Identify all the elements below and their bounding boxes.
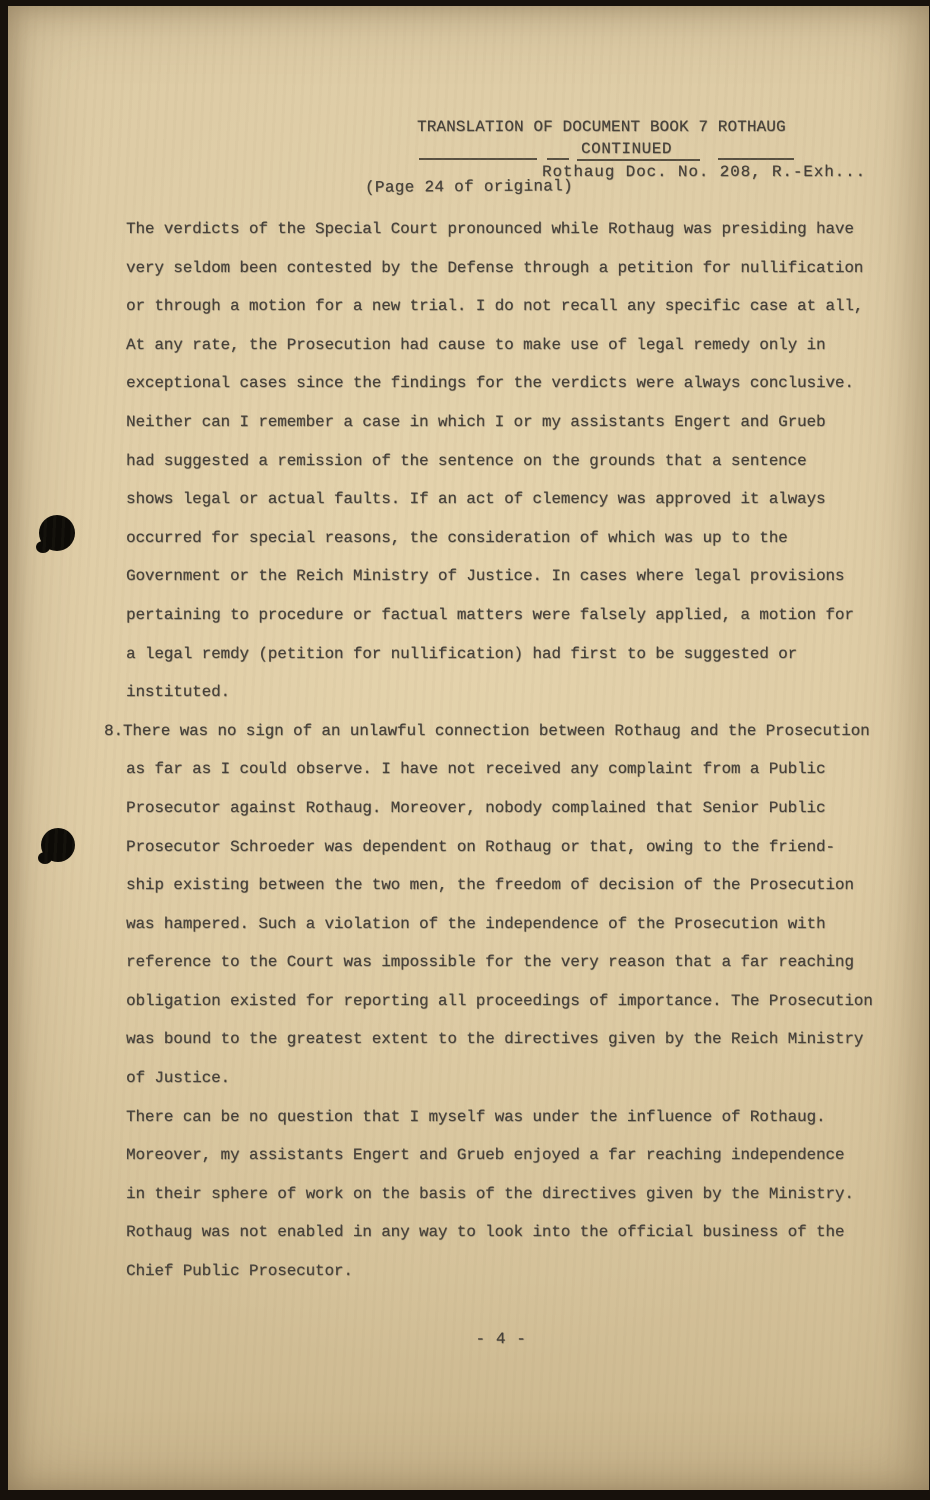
punch-hole-bottom (41, 828, 75, 862)
paragraph-8: 8.There was no sign of an unlawful conne… (126, 722, 916, 1108)
punch-hole-top (39, 515, 75, 551)
text-line: pertaining to procedure or factual matte… (126, 606, 916, 645)
text-line: Government or the Reich Ministry of Just… (126, 567, 916, 606)
page-number: - 4 - (126, 1330, 876, 1348)
text-line: Neither can I remember a case in which I… (126, 413, 916, 452)
text-line: Rothaug was not enabled in any way to lo… (126, 1223, 916, 1262)
paragraph: The verdicts of the Special Court pronou… (126, 220, 916, 722)
text-line: reference to the Court was impossible fo… (126, 953, 916, 992)
title-underline-rule: CONTINUED (419, 139, 794, 161)
underline-segment (718, 158, 794, 160)
text-line: Prosecutor Schroeder was dependent on Ro… (126, 838, 916, 877)
text-line: The verdicts of the Special Court pronou… (126, 220, 916, 259)
text-line: At any rate, the Prosecution had cause t… (126, 336, 916, 375)
text-line: ship existing between the two men, the f… (126, 876, 916, 915)
text-line: very seldom been contested by the Defens… (126, 259, 916, 298)
original-page-reference: (Page 24 of original) (365, 177, 573, 196)
underline-segment (547, 158, 569, 160)
text-line: shows legal or actual faults. If an act … (126, 490, 916, 529)
paper-sheet: TRANSLATION OF DOCUMENT BOOK 7 ROTHAUG C… (8, 6, 929, 1490)
document-title: TRANSLATION OF DOCUMENT BOOK 7 ROTHAUG (417, 118, 786, 136)
document-body: The verdicts of the Special Court pronou… (126, 220, 916, 1301)
document-scan: TRANSLATION OF DOCUMENT BOOK 7 ROTHAUG C… (0, 0, 930, 1500)
text-line: instituted. (126, 683, 916, 722)
document-reference: Rothaug Doc. No. 208, R.-Exh... (542, 163, 866, 181)
text-line: or through a motion for a new trial. I d… (126, 297, 916, 336)
text-line: Prosecutor against Rothaug. Moreover, no… (126, 799, 916, 838)
continued-label: CONTINUED (577, 140, 700, 161)
underline-segment (419, 158, 537, 160)
text-line: 8.There was no sign of an unlawful conne… (104, 722, 916, 761)
text-line: was bound to the greatest extent to the … (126, 1030, 916, 1069)
text-line: occurred for special reasons, the consid… (126, 529, 916, 568)
paragraph: There can be no question that I myself w… (126, 1108, 916, 1301)
text-line: of Justice. (126, 1069, 916, 1108)
text-line: had suggested a remission of the sentenc… (126, 452, 916, 491)
text-line: in their sphere of work on the basis of … (126, 1185, 916, 1224)
text-line: Moreover, my assistants Engert and Grueb… (126, 1146, 916, 1185)
text-line: was hampered. Such a violation of the in… (126, 915, 916, 954)
text-line: exceptional cases since the findings for… (126, 374, 916, 413)
text-line: There can be no question that I myself w… (126, 1108, 916, 1147)
text-line: as far as I could observe. I have not re… (126, 760, 916, 799)
text-line: a legal remdy (petition for nullificatio… (126, 645, 916, 684)
text-line: obligation existed for reporting all pro… (126, 992, 916, 1031)
text-line: Chief Public Prosecutor. (126, 1262, 916, 1301)
